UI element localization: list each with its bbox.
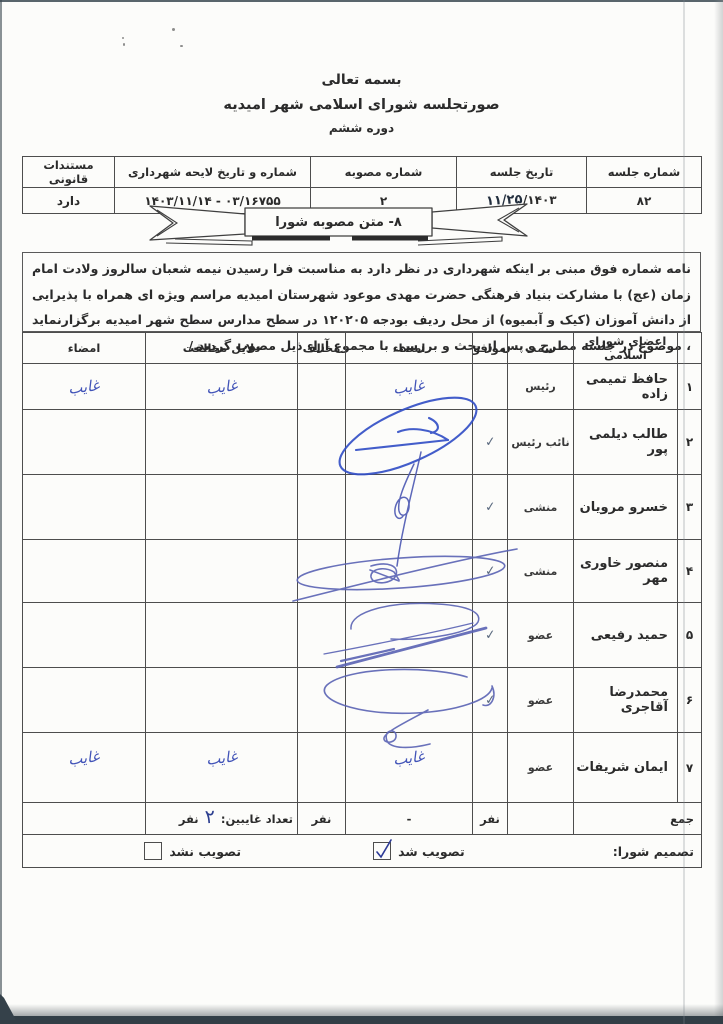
agree-checkmark: ✓ (484, 692, 496, 708)
bismillah-text: بسمه تعالی (22, 72, 701, 88)
member-name: محمدرضا آقاجری (574, 668, 678, 733)
term-subtitle: دوره ششم (22, 121, 701, 135)
row-no-header (678, 333, 702, 364)
member-row: ۴ منصور خاوری مهر منشی ✓ (23, 540, 702, 603)
absent-handwriting: غایب (392, 376, 425, 398)
opposition-signature-cell (23, 668, 146, 733)
scan-edge-top (0, 0, 723, 2)
members-header: اعضای شورای اسلامی (574, 333, 678, 364)
agree-checkmark: ✓ (484, 627, 496, 643)
totals-empty-cell (23, 803, 146, 835)
absent-count-cell: تعداد غایبین: ۲ نفر (146, 803, 298, 835)
opposition-signature-cell: غایب (23, 733, 146, 803)
approved-label: تصویب شد (398, 844, 465, 859)
opposition-signature-header: امضاء (23, 333, 146, 364)
member-row: ۳ خسرو مرویان منشی ✓ (23, 475, 702, 540)
signature-cell (346, 475, 473, 540)
approved-checkbox (373, 842, 391, 860)
agree-cell: ✓ (473, 410, 508, 475)
member-name: ایمان شریفات (574, 733, 678, 803)
totals-agree-cell: نفر (473, 803, 508, 835)
members-header-row: اعضای شورای اسلامی سمت موافق امضاء مخالف… (23, 333, 702, 364)
absent-handwriting: غایب (205, 747, 238, 769)
signature-cell (346, 410, 473, 475)
absent-count-unit: نفر (179, 812, 199, 826)
info-header-row: شماره جلسه تاریخ جلسه شماره مصوبه شماره … (23, 157, 702, 188)
scan-edge-left (0, 0, 2, 1024)
opposition-reason-cell: غایب (146, 733, 298, 803)
resolution-banner: ۸- متن مصوبه شورا (130, 199, 540, 251)
opposed-cell (298, 603, 346, 668)
opposition-signature-cell (23, 410, 146, 475)
agree-cell (473, 364, 508, 410)
member-position: نائب رئیس (508, 410, 574, 475)
scan-speck (122, 37, 124, 39)
opposition-reason-cell (146, 475, 298, 540)
member-row: ۶ محمدرضا آقاجری عضو ✓ (23, 668, 702, 733)
opposed-cell (298, 410, 346, 475)
member-name: خسرو مرویان (574, 475, 678, 540)
member-position: منشی (508, 475, 574, 540)
absent-count-label: تعداد غایبین: (221, 812, 293, 826)
scanner-streak (683, 0, 685, 1024)
handwritten-check-icon (374, 843, 390, 859)
agree-cell (473, 733, 508, 803)
member-no: ۵ (678, 603, 702, 668)
opposition-reasons-header: دلایل مخالفت (146, 333, 298, 364)
decision-content: تصمیم شورا: تصویب شد تصویب نشد (23, 842, 701, 860)
opposed-cell (298, 364, 346, 410)
members-vote-table: اعضای شورای اسلامی سمت موافق امضاء مخالف… (22, 332, 702, 868)
absent-count-handwritten: ۲ (204, 811, 215, 822)
scan-speck (180, 45, 183, 47)
opposition-signature-cell (23, 540, 146, 603)
rejected-checkbox (144, 842, 162, 860)
agree-header: موافق (473, 333, 508, 364)
rejected-option: تصویب نشد (144, 842, 241, 860)
opposed-cell (298, 733, 346, 803)
document-header: بسمه تعالی صورتجلسه شورای اسلامی شهر امی… (22, 72, 701, 135)
signature-cell (346, 540, 473, 603)
decision-row: تصمیم شورا: تصویب شد تصویب نشد (23, 835, 702, 868)
member-row: ۵ حمید رفیعی عضو ✓ (23, 603, 702, 668)
banner-label: ۸- متن مصوبه شورا (245, 208, 432, 236)
position-header: سمت (508, 333, 574, 364)
totals-row: جمع نفر - نفر تعداد غایبین: ۲ نفر (23, 803, 702, 835)
opposition-signature-cell (23, 475, 146, 540)
member-position: عضو (508, 733, 574, 803)
member-row: ۱ حافظ تمیمی زاده رئیس غایب غایب غایب (23, 364, 702, 410)
opposition-signature-cell: غایب (23, 364, 146, 410)
agree-cell: ✓ (473, 475, 508, 540)
scanned-council-minutes-page: بسمه تعالی صورتجلسه شورای اسلامی شهر امی… (0, 0, 723, 1024)
signature-cell (346, 603, 473, 668)
member-no: ۲ (678, 410, 702, 475)
signature-header: امضاء (346, 333, 473, 364)
member-position: منشی (508, 540, 574, 603)
agree-checkmark: ✓ (484, 434, 496, 450)
member-no: ۴ (678, 540, 702, 603)
opposed-cell (298, 540, 346, 603)
scan-speck (172, 28, 175, 31)
opposition-reason-cell: غایب (146, 364, 298, 410)
opposition-signature-cell (23, 603, 146, 668)
bill-no-date-header: شماره و تاریخ لایحه شهرداری (115, 157, 311, 188)
absent-handwriting: غایب (392, 747, 425, 769)
member-position: عضو (508, 603, 574, 668)
agree-checkmark: ✓ (484, 563, 496, 579)
totals-signature-cell: - (346, 803, 473, 835)
opposition-reason-cell (146, 603, 298, 668)
legal-docs-header: مستندات قانونی (23, 157, 115, 188)
member-position: رئیس (508, 364, 574, 410)
agree-cell: ✓ (473, 668, 508, 733)
opposed-cell (298, 668, 346, 733)
scan-speck (123, 43, 125, 46)
agree-cell: ✓ (473, 603, 508, 668)
opposed-header: مخالف (298, 333, 346, 364)
member-name: حمید رفیعی (574, 603, 678, 668)
approved-option: تصویب شد (373, 842, 465, 860)
member-no: ۳ (678, 475, 702, 540)
rejected-label: تصویب نشد (169, 844, 241, 859)
absent-handwriting: غایب (67, 747, 100, 769)
member-no: ۱ (678, 364, 702, 410)
legal-docs-value: دارد (23, 188, 115, 214)
member-no: ۶ (678, 668, 702, 733)
signature-cell (346, 668, 473, 733)
resolution-text: نامه شماره فوق مبنی بر اینکه شهرداری در … (22, 252, 701, 332)
decision-label: تصمیم شورا: (613, 844, 701, 859)
document-title: صورتجلسه شورای اسلامی شهر امیدیه (22, 97, 701, 113)
opposition-reason-cell (146, 410, 298, 475)
member-position: عضو (508, 668, 574, 733)
member-name: حافظ تمیمی زاده (574, 364, 678, 410)
absent-handwriting: غایب (205, 376, 238, 398)
absent-handwriting: غایب (67, 376, 100, 398)
totals-opposed-cell: نفر (298, 803, 346, 835)
signature-cell: غایب (346, 733, 473, 803)
member-row: ۷ ایمان شریفات عضو غایب غایب غایب (23, 733, 702, 803)
session-date-header: تاریخ جلسه (457, 157, 587, 188)
totals-position-cell (508, 803, 574, 835)
opposed-cell (298, 475, 346, 540)
scan-shadow-bottom (0, 1004, 723, 1016)
scan-edge-right (714, 0, 723, 1024)
agree-checkmark: ✓ (484, 499, 496, 515)
scan-edge-bottom (0, 1016, 723, 1024)
member-name: طالب دیلمی پور (574, 410, 678, 475)
agree-cell: ✓ (473, 540, 508, 603)
member-row: ۲ طالب دیلمی پور نائب رئیس ✓ (23, 410, 702, 475)
opposition-reason-cell (146, 540, 298, 603)
member-name: منصور خاوری مهر (574, 540, 678, 603)
opposition-reason-cell (146, 668, 298, 733)
resolution-no-header: شماره مصوبه (311, 157, 457, 188)
signature-cell: غایب (346, 364, 473, 410)
member-no: ۷ (678, 733, 702, 803)
